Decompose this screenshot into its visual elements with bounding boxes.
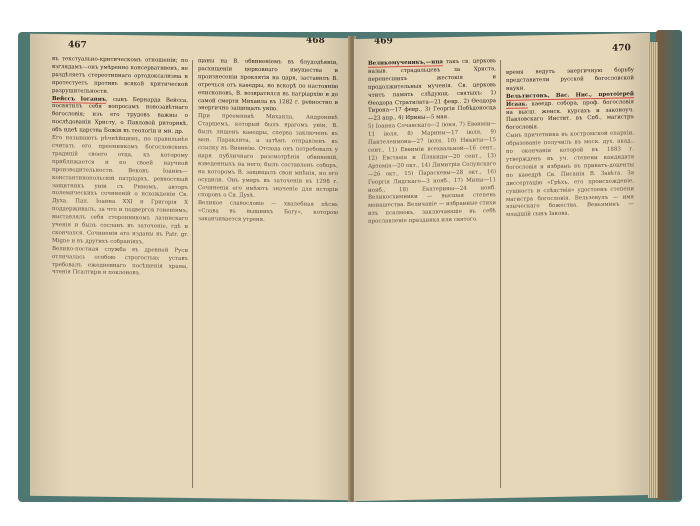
column-468: щаны на В. обвиненіемъ въ блудодѣяніи, р… xyxy=(198,58,338,226)
page-number-470: 470 xyxy=(612,43,631,53)
right-page: 469 470 Великомученикъ,—ица такъ св. цер… xyxy=(354,33,650,501)
column-divider xyxy=(192,60,193,488)
text-470-top: время ведутъ энергичную борьбу представи… xyxy=(506,67,634,93)
filler-text: Сынъ причетника въ костромской епархіи, … xyxy=(506,130,634,220)
column-470: время ведутъ энергичную борьбу представи… xyxy=(506,67,634,220)
column-divider xyxy=(500,60,501,488)
filler-text: При преемникѣ Михаила, Андроникѣ Старшем… xyxy=(198,113,338,202)
page-number-469: 469 xyxy=(374,36,393,46)
filler-text: 5) Іоанна Сочавскаго—2 іюня, 7) Евѳиміи—… xyxy=(368,121,496,226)
page-edges xyxy=(648,42,658,498)
column-469: Великомученикъ,—ица такъ св. церковь наз… xyxy=(368,58,496,227)
page-number-468: 468 xyxy=(306,36,325,46)
text-469-entry: такъ св. церковь назыв. страдальцевъ за … xyxy=(368,58,496,122)
filler-text: Его называютъ рѣчнѣйшимъ, но правильнѣе … xyxy=(52,135,188,248)
left-page: 467 468 въ текстуально-критическомъ отно… xyxy=(30,34,352,500)
column-467: въ текстуально-критическомъ отношеніи; п… xyxy=(52,56,188,279)
page-number-467: 467 xyxy=(68,40,87,50)
text-468-top: щаны на В. обвиненіемъ въ блудодѣяніи, р… xyxy=(198,58,338,115)
text-467-top: въ текстуально-критическомъ отношеніи; п… xyxy=(52,56,188,97)
open-book: 467 468 въ текстуально-критическомъ отно… xyxy=(18,22,682,512)
book-cover-edge xyxy=(656,30,682,500)
